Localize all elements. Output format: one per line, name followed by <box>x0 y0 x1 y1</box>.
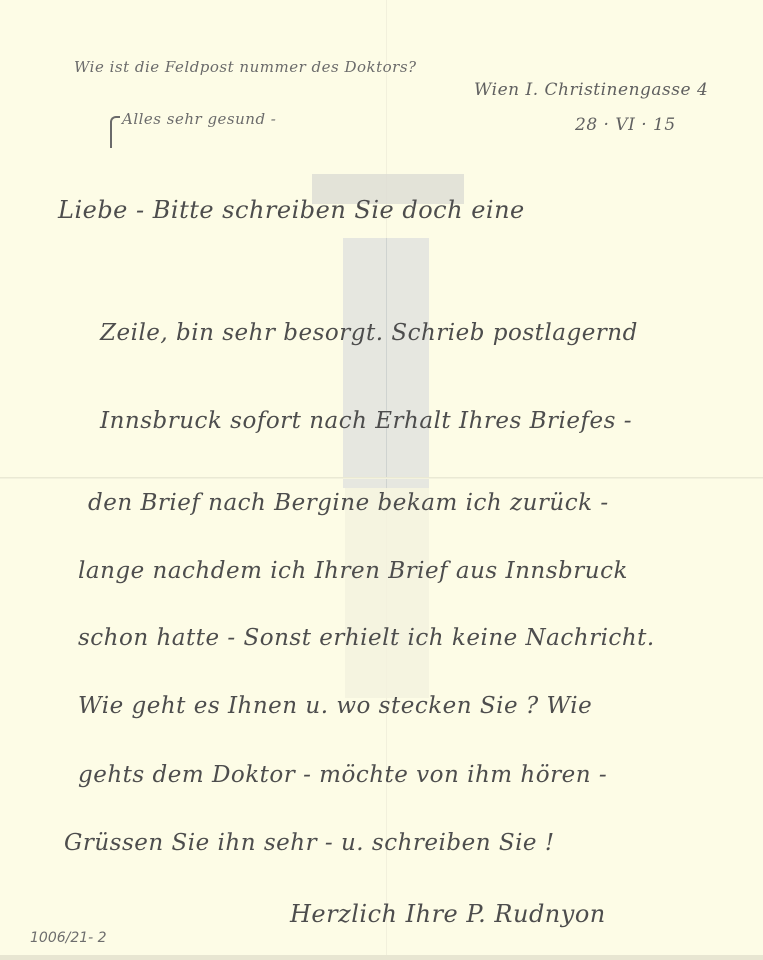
letter-date: 28 · VI · 15 <box>575 115 676 135</box>
postscript-note: Alles sehr gesund - <box>122 110 276 128</box>
closing-signature: Herzlich Ihre P. Rudnyon <box>290 900 606 928</box>
bracket-mark <box>110 116 120 148</box>
body-line-1: Liebe - Bitte schreiben Sie doch eine <box>58 196 525 224</box>
sender-address: Wien I. Christinengasse 4 <box>474 80 708 100</box>
horizontal-fold-line <box>0 477 763 479</box>
body-line-3: Innsbruck sofort nach Erhalt Ihres Brief… <box>100 408 632 434</box>
postscript-question: Wie ist die Feldpost nummer des Doktors? <box>74 58 417 76</box>
body-line-5: lange nachdem ich Ihren Brief aus Innsbr… <box>78 558 628 584</box>
body-line-7: Wie geht es Ihnen u. wo stecken Sie ? Wi… <box>78 693 592 719</box>
body-line-6: schon hatte - Sonst erhielt ich keine Na… <box>78 625 655 651</box>
body-line-4: den Brief nach Bergine bekam ich zurück … <box>88 490 609 516</box>
body-line-9: Grüssen Sie ihn sehr - u. schreiben Sie … <box>64 830 555 856</box>
tape-shadow-lower <box>345 488 429 698</box>
letter-page: Wie ist die Feldpost nummer des Doktors?… <box>0 0 763 960</box>
body-line-2: Zeile, bin sehr besorgt. Schrieb postlag… <box>100 320 638 346</box>
archive-number: 1006/21- 2 <box>30 930 107 946</box>
body-line-8: gehts dem Doktor - möchte von ihm hören … <box>78 762 607 788</box>
page-bottom-edge <box>0 955 763 960</box>
tape-seam <box>386 238 387 488</box>
